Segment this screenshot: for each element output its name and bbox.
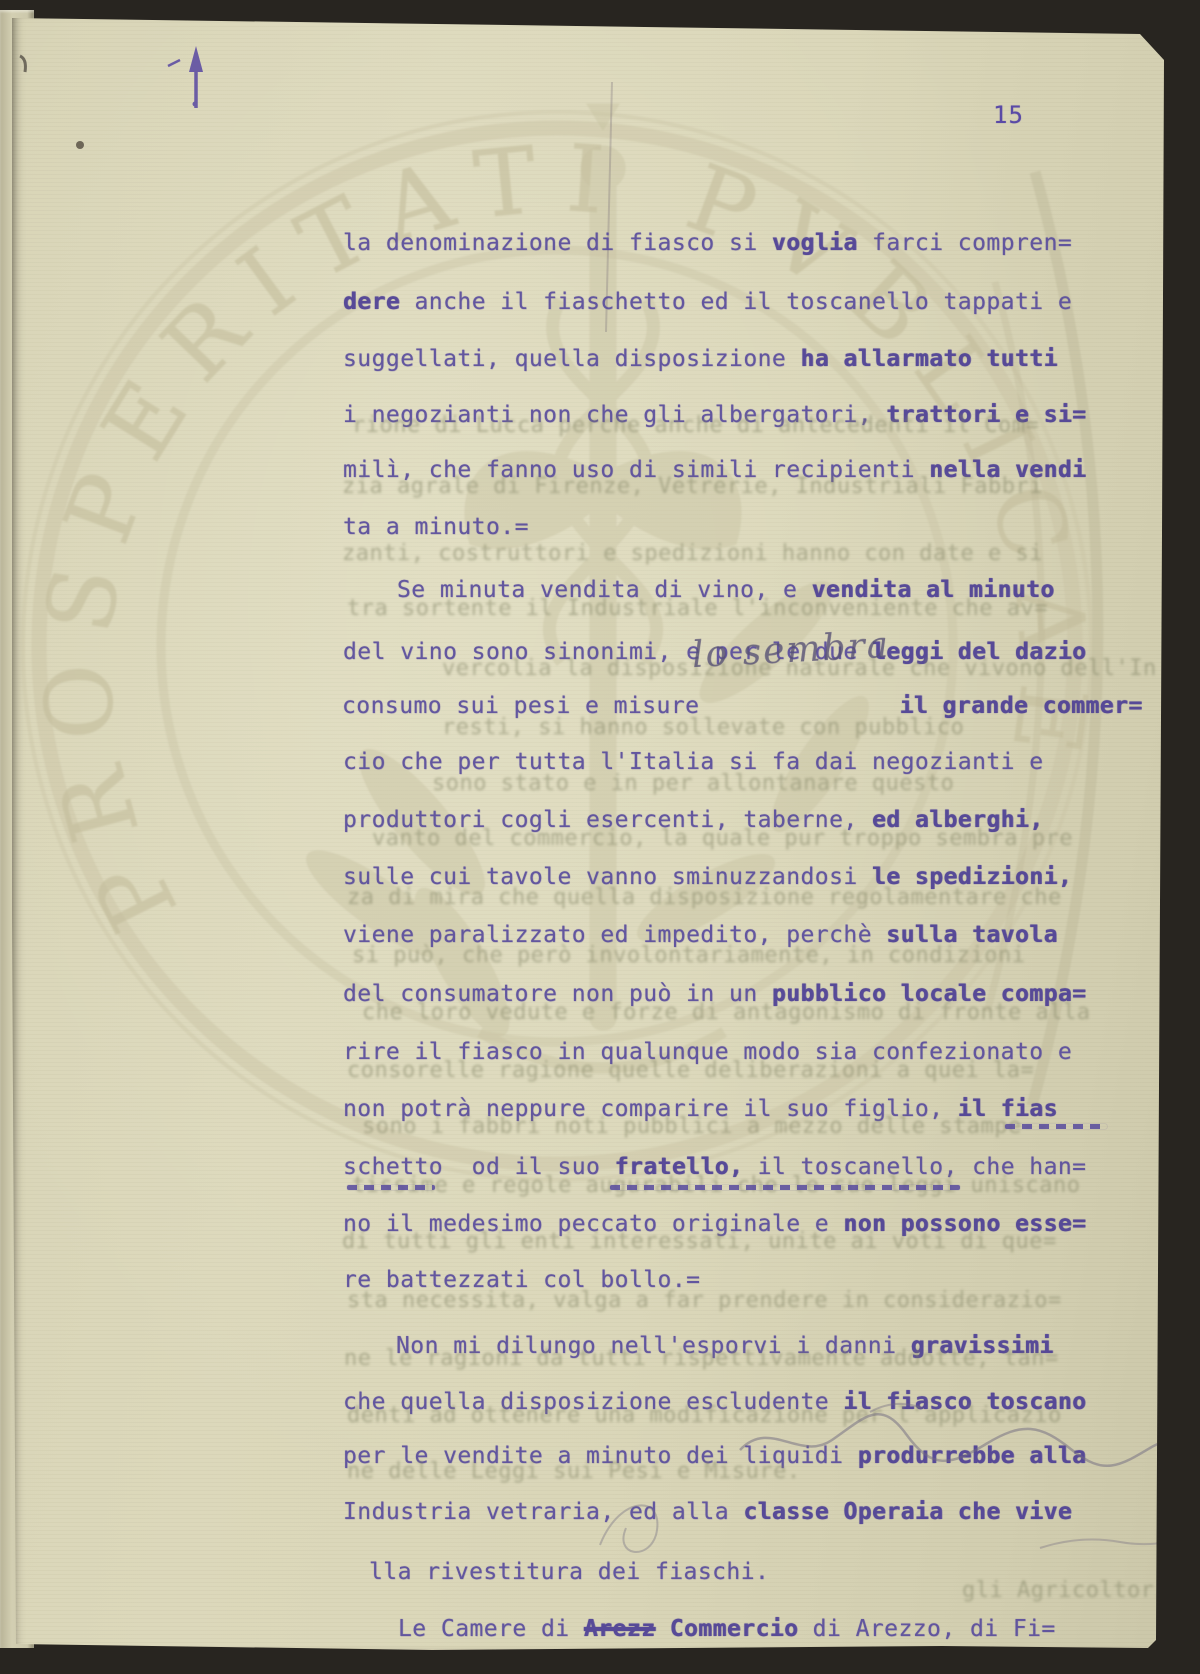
- typed-line-23: Industria vetraria, ed alla classe Opera…: [343, 1499, 1072, 1525]
- ghost-line-7: sono stato e in per allontanare questo: [432, 772, 954, 796]
- ghost-line-12: consorelle ragione quelle deliberazioni …: [347, 1059, 1034, 1083]
- page-number: 15: [993, 102, 1024, 128]
- ink-comma-mark: [20, 56, 25, 72]
- ghost-line-11: che loro vedute e forze di antagonismo d…: [362, 1001, 1091, 1025]
- ink-dot-mark: [76, 141, 84, 149]
- ghost-line-3: zanti, costruttori e spedizioni hanno co…: [342, 542, 1043, 566]
- ghost-line-10: si può, che però involontariamente, in c…: [352, 944, 1026, 968]
- ghost-line-16: sta necessita, valga a far prendere in c…: [347, 1289, 1062, 1313]
- dashed-underline-2: [610, 1185, 960, 1190]
- typed-line-6: ta a minuto.=: [343, 514, 529, 540]
- ghost-line-2: zia agrale di Firenze, Vetrerie, Industr…: [342, 475, 1043, 499]
- photo-frame: PROSPERITATI PVBLICAE: [0, 0, 1200, 1674]
- typed-line-3: suggellati, quella disposizione ha allar…: [343, 346, 1058, 372]
- ghost-line-17: ne le ragioni da tutti rispettivamente a…: [344, 1347, 1059, 1371]
- dashed-underline-3: [1005, 1124, 1107, 1129]
- typed-line-2: dere anche il fiaschetto ed il toscanell…: [343, 289, 1072, 315]
- ink-arrow-mark: [168, 46, 203, 108]
- ghost-line-13: sono i fabbri noti pubblici a mezzo dell…: [362, 1115, 1049, 1139]
- ghost-line-8: vanto del commercio, la quale pur troppo…: [372, 827, 1073, 851]
- dashed-underline-1: [347, 1185, 435, 1190]
- ghost-line-1: rione di Lucca perche anche di anteceden…: [352, 414, 1039, 438]
- ghost-line-20: gli Agricoltori: [962, 1579, 1168, 1603]
- typed-line-25: Le Camere di Arezz Commercio di Arezzo, …: [398, 1616, 1056, 1642]
- typed-line-1: la denominazione di fiasco si voglia far…: [343, 230, 1072, 256]
- ghost-line-18: denti ad ottenere una modificazione per …: [347, 1404, 1062, 1428]
- ghost-line-6: resti, si hanno sollevate con pubblico: [442, 716, 964, 740]
- ghost-line-9: za di mira che quella disposizione regol…: [347, 886, 1062, 910]
- document-page: PROSPERITATI PVBLICAE: [12, 14, 1180, 1654]
- typed-line-24: lla rivestitura dei fiaschi.: [369, 1559, 769, 1585]
- ghost-line-19: ne delle Leggi sui Pesi e Misure.: [347, 1460, 801, 1484]
- ghost-line-4: tra sortente il Industriale l'inconvenie…: [347, 597, 1048, 621]
- ghost-line-15: di tutti gli enti interessati, unite ai …: [342, 1230, 1057, 1254]
